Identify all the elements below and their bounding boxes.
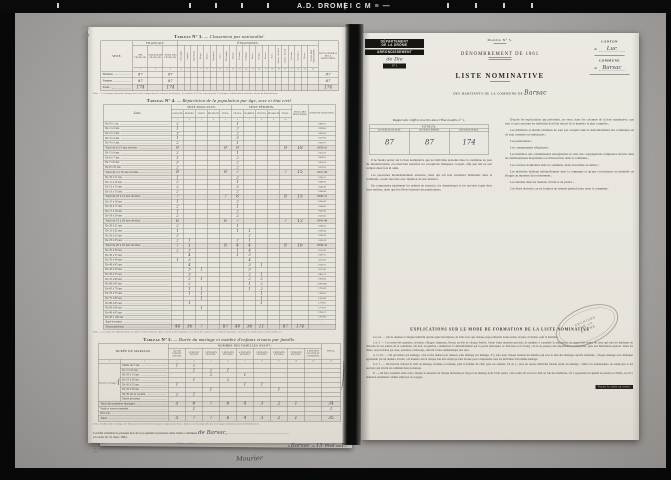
left-column-text: Il ne faudra porter sur la liste nominat… xyxy=(366,158,492,192)
scanner-header-bar: A.D. DROME | I C M ≡ — xyxy=(0,0,671,13)
scale-indicator: | I C M ≡ — xyxy=(344,3,391,10)
table-cell: VEUVES. xyxy=(256,110,268,118)
certification-date-line: à la date du 31 mars 1861. xyxy=(93,436,346,440)
table-cell xyxy=(207,324,219,329)
table-cell: 6 xyxy=(219,416,236,421)
table3-title: Tableau N° 3. — Classement par nationali… xyxy=(88,34,351,39)
table-cell: 44 xyxy=(171,324,183,329)
table-cell: TOTAL GÉNÉRAL DE LA POPULATION. xyxy=(318,41,338,72)
table-cell: 11 xyxy=(256,324,268,329)
ruler-tick xyxy=(503,3,505,8)
nationality-table-grid: SEXE.FRANÇAIS.ÉTRANGERS.TOTAL GÉNÉRAL DE… xyxy=(101,41,339,92)
canton-commune-box: CANTON de Luc COMMUNE de Barsac xyxy=(584,40,635,78)
table5-footnote: (1) Les familles dont le mariage a été d… xyxy=(93,422,346,425)
table-cell: DIVORCÉES. xyxy=(268,110,280,118)
liste-nominative-title: LISTE NOMINATIVE xyxy=(436,73,564,81)
handwritten-date: 15 mai xyxy=(316,442,335,449)
instruction-paragraph: Les personnes momentanément absentes, ma… xyxy=(366,173,492,181)
explanation-paragraph: 8. — On fera connaître dans cette colonn… xyxy=(366,372,633,380)
certification-block: Certifié véritable le présent état de la… xyxy=(93,429,346,463)
table-cell: ÂGE. xyxy=(103,105,171,122)
handwritten-total-female: 87 xyxy=(425,139,434,147)
table-cell: Totaux généraux. xyxy=(103,324,171,329)
table-cell: 5 ENFANTS VIVANTS. xyxy=(253,348,270,359)
table4-title: Tableau N° 4. — Répartition de la popula… xyxy=(88,98,351,103)
table-cell: TOTAL. xyxy=(322,344,341,360)
table-cell: 7 ENFANTS VIVANTS. xyxy=(287,348,304,359)
instruction-paragraph: Les ouvriers domiciliés dans la commune,… xyxy=(505,163,634,167)
instruction-paragraph: Les militaires et marins rétribués ne so… xyxy=(505,129,634,137)
ruler-tick xyxy=(57,3,59,8)
instruction-paragraph: On comprendra également les enfants en n… xyxy=(366,184,492,192)
scan-viewport: A.D. DROME | I C M ≡ — 2 Tableau N° 3. —… xyxy=(0,0,671,480)
table-cell: 35 xyxy=(322,416,341,421)
table-cell: GARÇONS. xyxy=(171,110,183,118)
table-cell: DURÉE DU MARIAGE. xyxy=(98,344,168,360)
instruction-paragraph: Ces listes dressées, on en formera un ré… xyxy=(505,187,634,191)
table4-footnote: Nota. — Le nombre des individus portés a… xyxy=(93,331,346,334)
table-cell: 7 xyxy=(195,324,207,329)
model-label: Modèle N° 5. xyxy=(436,38,564,42)
table-cell: 174 xyxy=(133,84,148,91)
certification-small-print: (1) La présenteliste doit êtresignée par… xyxy=(93,442,128,453)
handwritten-total-both: 174 xyxy=(462,139,475,147)
table-cell: 3 xyxy=(253,416,270,421)
table-cell: TOTAL. xyxy=(280,110,292,118)
double-rule xyxy=(489,58,512,60)
ruler-tick xyxy=(215,3,217,8)
table-cell: 5 xyxy=(168,416,185,421)
table-cell: TOTAL. xyxy=(219,110,231,118)
instruction-paragraph: Les communautés religieuses ; xyxy=(505,146,634,150)
ruler-tick xyxy=(447,3,449,8)
mayor-note: (1) Maire ou Adjoint. xyxy=(158,442,213,445)
table-cell: 174 xyxy=(292,324,309,329)
table-cell: 87 xyxy=(280,324,292,329)
table-cell: VEUFS. xyxy=(195,110,207,118)
turn-page-note: Voyez la suite au verso. xyxy=(366,381,633,390)
table-cell: 1 xyxy=(287,416,304,421)
handwritten-page-number: 2 xyxy=(79,22,93,42)
explanation-paragraph: 6 et 7. — On inscrira d'abord le chef de… xyxy=(366,363,633,371)
table-cell: 7 xyxy=(202,416,219,421)
ruler-tick xyxy=(241,3,243,8)
page-heading: Modèle N° 5. DÉNOMBREMENT DE 1861 LISTE … xyxy=(436,38,564,96)
instruction-paragraph: Les détenus dans les maisons d'arrêt et … xyxy=(505,181,634,185)
right-page: DÉPARTEMENT DE LA DRÔME ARRONDISSEMENT d… xyxy=(361,33,639,440)
table-cell: 4 ENFANTS VIVANTS. xyxy=(236,348,253,359)
explanation-paragraph: 4, 5 et 6. — On procédera par ménage, c'… xyxy=(366,354,633,362)
table-cell: 4 xyxy=(236,416,253,421)
table-row: Totaux généraux.443678740361187174 xyxy=(103,324,335,329)
table-cell: NÉS FRANÇAIS. xyxy=(133,45,148,67)
table-cell: 87 xyxy=(219,324,231,329)
dotted-blank xyxy=(228,431,288,435)
mayor-signature: Mourier xyxy=(153,452,346,466)
marriage-duration-table: DURÉE DU MARIAGE.NOMBRE DES FAMILLES AYA… xyxy=(88,343,351,421)
handwritten-arrondissement: de Die xyxy=(365,57,424,63)
handwritten-commune-title: Barsac xyxy=(524,89,547,96)
department-label: DÉPARTEMENT DE LA DRÔME xyxy=(365,39,424,48)
table5-title: Tableau N° 5. — Durée du mariage et nomb… xyxy=(88,337,351,342)
place-date-line: À Barsac , le 15 mai 1861. xyxy=(213,442,346,449)
handwritten-commune: de Barsac, xyxy=(198,429,227,436)
table-cell: SEXE. xyxy=(101,41,133,72)
table-cell: 8 ENFANTS VIVANTS ET AU-DESSUS. xyxy=(304,348,321,359)
book-gutter-shadow xyxy=(343,24,364,445)
handwritten-canton: Luc xyxy=(599,45,625,52)
instruction-paragraph: Il ne faudra porter sur la liste nominat… xyxy=(366,158,492,170)
recap-label: Rappel des chiffres inscrits dans l'État… xyxy=(366,118,492,122)
instruction-paragraph: Les individus habitant habituellement da… xyxy=(505,170,634,178)
table-cell: TOTAL DES FRANÇAIS. xyxy=(163,45,178,67)
commune-subtitle: DES HABITANTS DE LA COMMUNE DE Barsac xyxy=(436,89,564,96)
handwritten-place: Barsac xyxy=(291,442,310,449)
table-cell xyxy=(308,84,318,91)
table-cell: 36 xyxy=(183,324,195,329)
census-title: DÉNOMBREMENT DE 1861 xyxy=(436,52,564,57)
table-cell: FILLES. xyxy=(232,110,244,118)
ruler-tick xyxy=(189,3,191,8)
table-cell: DATES DE NAISSANCE. xyxy=(309,105,336,122)
table-cell: 6 ENFANTS VIVANTS. xyxy=(270,348,287,359)
table-cell: TOTAL DES DEUX SEXES. xyxy=(292,105,309,122)
table-cell: Total.. xyxy=(101,84,133,91)
arrondissement-label: ARRONDISSEMENT xyxy=(365,50,424,56)
archive-label: A.D. DROME xyxy=(297,3,349,10)
marriage-table-grid: DURÉE DU MARIAGE.NOMBRE DES FAMILLES AYA… xyxy=(98,343,341,421)
table-cell xyxy=(268,324,280,329)
ruler-tick xyxy=(475,3,477,8)
table-cell: 2 ENFANTS VIVANTS. xyxy=(202,348,219,359)
totals-table: TOTAUX. DU SEXE MASCULIN. DU SEXE FÉMINI… xyxy=(369,125,489,155)
table-cell: Total. xyxy=(98,416,168,421)
table-cell xyxy=(309,324,336,329)
instructions-column: D'après les explications qui précèdent, … xyxy=(505,118,634,194)
table-cell: DIVORCÉS. xyxy=(207,110,219,118)
table-cell xyxy=(148,84,163,91)
table-cell: 2 xyxy=(270,416,287,421)
instruction-paragraph: Les membres des communautés enseignantes… xyxy=(505,153,634,161)
table-cell: 174 xyxy=(163,84,178,91)
ruler-tick xyxy=(531,3,533,8)
handwritten-total-male: 87 xyxy=(385,139,394,147)
left-page: Tableau N° 3. — Classement par nationali… xyxy=(88,27,351,443)
table-cell: NATURALISÉS FRANÇAIS. xyxy=(148,45,163,67)
table-cell: 1 ENFANT VIVANT. xyxy=(185,348,202,359)
department-box: DÉPARTEMENT DE LA DRÔME ARRONDISSEMENT d… xyxy=(365,39,424,69)
table-cell: 7 xyxy=(185,416,202,421)
recap-column: Rappel des chiffres inscrits dans l'État… xyxy=(366,118,492,195)
table-cell: MARIÉES. xyxy=(244,110,256,118)
table-cell: TOTAL DES ÉTRANGERS. xyxy=(308,45,318,67)
number-box: N° 2 xyxy=(383,64,406,69)
age-distribution-table: ÂGE.SEXE MASCULIN.SEXE FÉMININ.TOTAL DES… xyxy=(88,105,351,330)
handwritten-commune2: Barsac xyxy=(599,64,625,71)
nationality-table: SEXE.FRANÇAIS.ÉTRANGERS.TOTAL GÉNÉRAL DE… xyxy=(88,41,351,92)
table-cell: AUCUN ENFANT VIVANT. xyxy=(168,348,185,359)
instruction-paragraph: Les pensionnats ; xyxy=(505,139,634,143)
table-row: Total..174174174 xyxy=(101,84,338,91)
table-cell: Premiers mariages. { xyxy=(98,363,120,401)
table3-footnote: Nota. — Les étrangers naturalisés frança… xyxy=(93,92,346,95)
table-cell: 36 xyxy=(244,324,256,329)
table-row: Total.5776432135 xyxy=(98,416,340,421)
certification-small-line: Maire. xyxy=(93,450,128,453)
instruction-paragraph: D'après les explications qui précèdent, … xyxy=(505,118,634,126)
right-column-text: D'après les explications qui précèdent, … xyxy=(505,118,634,191)
table-cell xyxy=(304,416,321,421)
age-table-grid: ÂGE.SEXE MASCULIN.SEXE FÉMININ.TOTAL DES… xyxy=(103,105,336,330)
ruler-tick xyxy=(267,3,269,8)
scanner-background: 2 Tableau N° 3. — Classement par nationa… xyxy=(15,13,666,468)
table-cell: MARIÉS. xyxy=(183,110,195,118)
explanations-text: 1re col. — On ne donnera à chaque indivi… xyxy=(366,336,633,390)
table-cell: 174 xyxy=(318,84,338,91)
table-cell: 3 ENFANTS VIVANTS. xyxy=(219,348,236,359)
table-cell: 40 xyxy=(232,324,244,329)
